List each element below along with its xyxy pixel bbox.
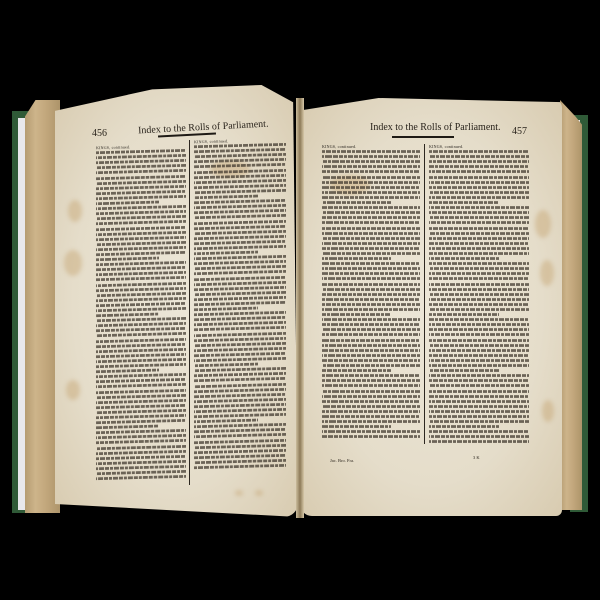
page-edges-left [25,100,60,513]
text-line [194,219,286,224]
text-line [194,163,286,168]
text-line [194,326,286,331]
text-line [429,283,529,286]
text-line [429,425,499,428]
text-line [429,186,529,189]
text-line [96,307,186,312]
text-line [429,150,529,153]
text-line [194,342,286,347]
running-header-right: Index to the Rolls of Parliament. [370,122,501,133]
text-line [322,227,420,230]
text-line [429,247,529,250]
page-number-left: 456 [92,128,107,139]
text-line [429,329,529,332]
text-line [429,364,529,367]
left-page-column-2: KINGS, continued. [194,137,286,471]
text-line [322,150,420,153]
text-line [194,189,286,194]
text-line [322,410,420,413]
text-line [322,369,391,372]
text-line [429,242,529,245]
text-line [322,293,420,296]
text-line [429,278,529,281]
column-end-text: Jac. Bro. Fra. [330,458,354,463]
text-line [194,291,286,296]
text-line [96,439,186,444]
text-line [429,166,529,169]
text-line [429,196,529,199]
text-line [322,176,420,179]
stain [542,400,554,422]
text-line [322,191,420,194]
text-line [322,303,420,306]
text-line [322,379,420,382]
text-line [194,444,286,449]
text-line [96,236,186,241]
text-line [194,337,286,342]
text-line [96,369,159,373]
text-line [429,369,499,372]
text-line [194,454,286,459]
text-line [194,419,258,423]
text-line [322,298,420,301]
text-line [96,185,186,190]
text-line [194,433,286,438]
text-line [194,332,286,337]
text-line [96,338,186,343]
text-line [429,441,529,444]
text-line [322,344,420,347]
text-line [429,232,529,235]
text-line [194,382,286,387]
text-line [322,278,420,281]
text-line [96,399,186,404]
text-line [429,201,499,204]
text-line [96,450,186,455]
text-line [96,313,159,317]
text-line [322,334,420,337]
text-line [96,394,186,399]
text-line [96,383,186,388]
text-line [322,354,420,357]
stain [540,260,554,286]
text-line [194,398,286,403]
text-line [322,364,420,367]
text-line [429,206,529,209]
text-line [194,459,286,464]
text-line [96,195,186,200]
text-line [96,251,186,256]
text-line [322,272,420,275]
text-line [322,374,420,377]
text-line [429,160,529,163]
text-line [429,227,529,230]
text-line [194,240,286,245]
text-line [429,155,529,158]
text-line [322,206,420,209]
text-line [322,222,420,225]
stain [255,490,263,496]
text-line [322,267,420,270]
text-line [96,287,186,292]
text-line [194,286,286,291]
text-line [194,449,286,454]
text-line [429,211,529,214]
text-line [429,216,529,219]
text-line [322,216,420,219]
text-line [194,363,258,367]
text-line [322,323,420,326]
text-line [429,420,529,423]
text-line [322,171,420,174]
text-line [322,425,391,428]
text-line [194,413,286,418]
text-line [429,405,529,408]
text-line [322,349,420,352]
text-line [322,400,420,403]
text-line [322,262,420,265]
text-line [429,308,529,311]
text-line [96,455,186,460]
text-line [194,393,286,398]
text-line [96,460,186,465]
text-line [322,211,420,214]
text-line [429,354,529,357]
text-line [194,169,286,174]
text-line [322,181,420,184]
text-line [429,303,529,306]
text-line [322,318,420,321]
text-line [322,385,420,388]
text-line [429,298,529,301]
text-line [96,353,186,358]
text-line [322,329,420,332]
text-line [322,430,420,433]
text-line [429,257,499,260]
text-line [429,252,529,255]
text-line [429,288,529,291]
text-line [429,339,529,342]
text-line [429,344,529,347]
text-line [429,435,529,438]
text-line [429,181,529,184]
text-line [322,166,420,169]
text-line [194,301,286,306]
text-line [194,174,286,179]
text-line [429,293,529,296]
text-line [429,400,529,403]
text-line [194,230,286,235]
text-line [429,171,529,174]
text-line [429,267,529,270]
text-line [429,313,499,316]
text-line [429,415,529,418]
text-line [429,359,529,362]
text-line [429,385,529,388]
text-line [429,430,529,433]
text-line [194,403,286,408]
text-line [322,339,420,342]
text-line [429,323,529,326]
text-line [194,438,286,443]
signature-mark: 3 K [473,455,480,460]
text-line [322,242,420,245]
text-line [322,160,420,163]
text-line [429,395,529,398]
text-line [96,257,159,261]
text-line [96,409,186,414]
stain [68,200,82,222]
text-line [429,379,529,382]
text-line [322,395,420,398]
text-line [96,180,186,185]
stain [64,250,82,276]
text-line [194,225,286,230]
text-line [429,334,529,337]
text-line [429,176,529,179]
page-edges-right [560,100,582,510]
text-line [322,283,420,286]
right-page-column-2: KINGS, continued. [429,144,529,444]
text-line [96,175,186,180]
stain [235,490,243,496]
text-line [194,388,286,393]
text-line [194,184,286,189]
stain [66,380,80,400]
text-line [429,318,529,321]
text-line [96,348,186,353]
column-divider-right [424,144,425,444]
text-line [194,195,258,199]
text-line [96,297,186,302]
column-divider-left [189,140,190,485]
text-line [96,201,159,205]
text-line [96,220,186,225]
text-line [322,201,391,204]
text-line [322,155,420,158]
text-line [322,232,420,235]
header-rule-right [392,136,454,138]
text-line [194,179,286,184]
text-line [194,347,286,352]
text-line [96,404,186,409]
text-line [429,410,529,413]
text-line [96,465,186,470]
text-line [322,420,420,423]
text-line [322,288,420,291]
text-line [322,390,420,393]
text-line [322,252,420,255]
text-line [322,196,420,199]
text-line [194,235,286,240]
text-line [96,169,186,174]
text-line [322,257,391,260]
text-line [194,377,286,382]
text-line [429,222,529,225]
text-line [322,186,420,189]
right-page-column-1: KINGS, continued. [322,144,420,440]
book-gutter [296,98,304,518]
text-line [322,435,420,438]
text-line [96,388,186,393]
page-number-right: 457 [512,126,527,137]
text-line [322,415,420,418]
text-line [194,281,286,286]
stain [535,210,551,238]
text-line [96,425,159,429]
text-line [429,191,529,194]
text-line [96,332,186,337]
text-line [96,225,186,230]
text-line [96,241,186,246]
text-line [194,357,286,362]
text-line [322,308,420,311]
text-line [96,358,186,363]
text-line [96,292,186,297]
text-line [429,349,529,352]
text-line [96,246,186,251]
text-line [194,251,258,255]
text-line [322,237,420,240]
text-line [429,272,529,275]
text-line [322,405,420,408]
text-line [194,214,286,219]
text-line [96,302,186,307]
left-page-column-1: KINGS, continued. [96,143,186,481]
text-line [322,359,420,362]
text-line [322,247,420,250]
text-line [96,444,186,449]
text-line [194,296,286,301]
text-line [96,190,186,195]
text-line [429,262,529,265]
text-line [194,245,286,250]
text-line [96,281,186,286]
text-line [96,231,186,236]
text-line [96,419,186,424]
text-line [194,270,286,275]
text-line [96,343,186,348]
text-line [194,307,258,311]
text-line [429,374,529,377]
text-line [96,363,186,368]
text-line [429,237,529,240]
text-line [96,276,186,281]
text-line [194,275,286,280]
text-line [322,313,391,316]
text-line [429,390,529,393]
